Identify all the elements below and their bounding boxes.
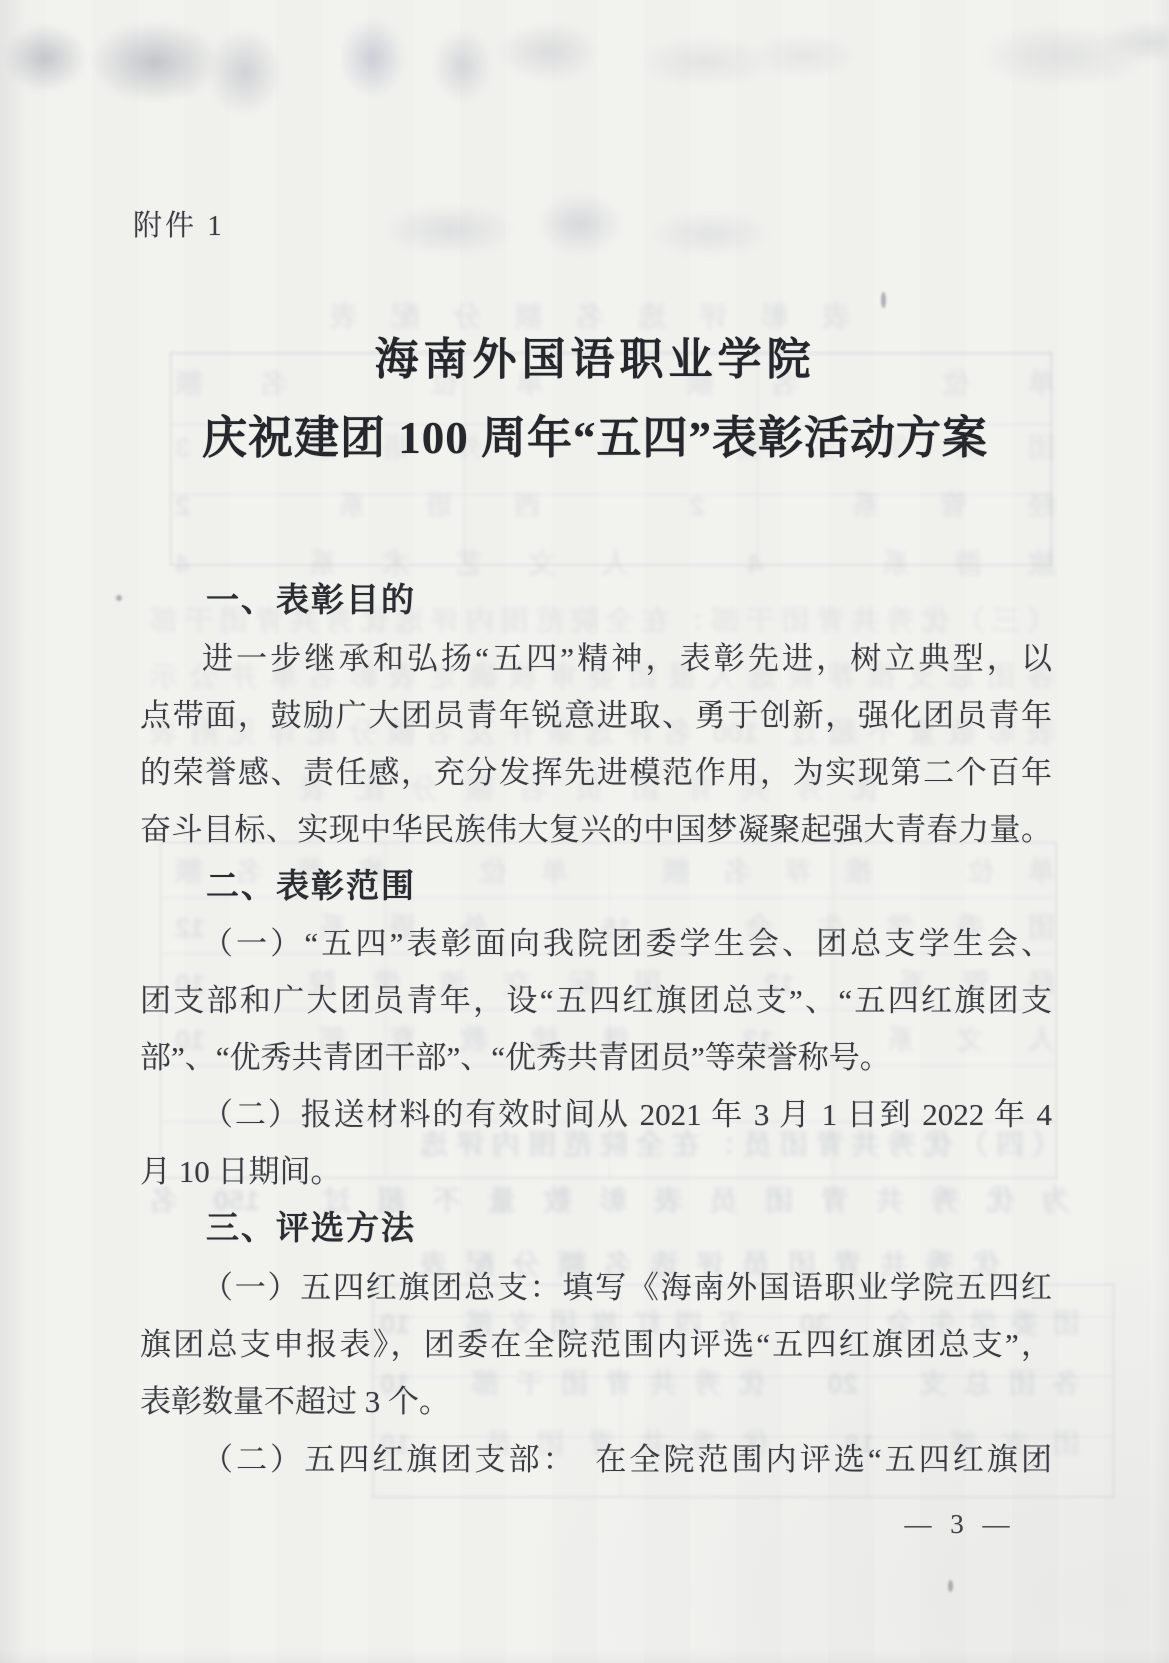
ink-speck bbox=[116, 595, 122, 601]
body-line: 月 10 日期间。 bbox=[140, 1149, 1052, 1195]
ink-speck bbox=[948, 1580, 953, 1592]
section-heading-3: 三、评选方法 bbox=[206, 1206, 416, 1250]
body-line: （二）报送材料的有效时间从 2021 年 3 月 1 日到 2022 年 4 bbox=[140, 1092, 1052, 1138]
bleedthrough-text: 表彰评选名额分配表 bbox=[330, 300, 850, 334]
body-line: 奋斗目标、实现中华民族伟大复兴的中国梦凝聚起强大青春力量。 bbox=[140, 807, 1052, 853]
section-heading-2: 二、表彰范围 bbox=[206, 864, 416, 908]
body-line: 的荣誉感、责任感，充分发挥先进模范作用，为实现第二个百年 bbox=[140, 750, 1052, 796]
body-line: 旗团总支申报表》，团委在全院范围内评选“五四红旗团总支”， bbox=[140, 1322, 1052, 1368]
ink-smudge bbox=[330, 182, 800, 280]
body-line: 进一步继承和弘扬“五四”精神，表彰先进，树立典型，以 bbox=[140, 636, 1052, 682]
body-line: 表彰数量不超过 3 个。 bbox=[140, 1379, 1052, 1425]
bleedthrough-text: 旅游系 4 人文艺术系 4 bbox=[175, 548, 1055, 580]
section-heading-1: 一、表彰目的 bbox=[206, 578, 416, 622]
document-title-line1: 海南外国语职业学院 bbox=[100, 332, 1090, 388]
ink-speck bbox=[881, 292, 886, 308]
body-line: （一）五四红旗团总支：填写《海南外国语职业学院五四红 bbox=[140, 1265, 1052, 1311]
body-line: 团支部和广大团员青年，设“五四红旗团总支”、“五四红旗团支 bbox=[140, 978, 1052, 1024]
page-number: — 3 — bbox=[820, 1504, 1100, 1544]
attachment-label: 附件 1 bbox=[133, 204, 225, 248]
body-line: 点带面，鼓励广大团员青年锐意进取、勇于创新，强化团员青年 bbox=[140, 693, 1052, 739]
document-title-line2: 庆祝建团 100 周年“五四”表彰活动方案 bbox=[100, 406, 1090, 470]
scanned-document-page: 表彰评选名额分配表 单位 名额 单位 名额 团委学生会 3 外语系 3 经管系 … bbox=[0, 0, 1169, 1663]
ink-smudge-band bbox=[0, 0, 1169, 135]
body-line: （一）“五四”表彰面向我院团委学生会、团总支学生会、 bbox=[140, 921, 1052, 967]
bleedthrough-text: 经管系 2 西语系 2 bbox=[175, 490, 1055, 522]
body-line: 部”、“优秀共青团干部”、“优秀共青团员”等荣誉称号。 bbox=[140, 1035, 1052, 1081]
body-line: （二）五四红旗团支部： 在全院范围内评选“五四红旗团 bbox=[140, 1437, 1052, 1483]
